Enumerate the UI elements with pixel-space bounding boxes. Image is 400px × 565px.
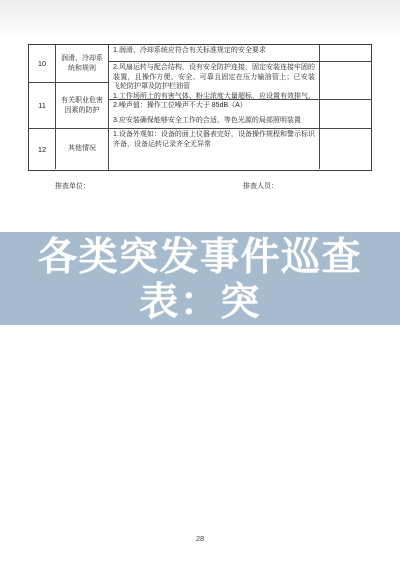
check-cell <box>319 100 371 128</box>
title-banner: 各类突发事件巡查表：突 发事件隐患排查自查报 <box>0 232 400 325</box>
check-cell <box>319 45 371 61</box>
page-number: 28 <box>0 534 400 543</box>
checklist-item: 2.噪声值：操作工位噪声不大于 85dB（A） <box>113 101 315 111</box>
row-category: 其他情况 <box>56 129 108 169</box>
check-cell <box>319 62 371 99</box>
checklist-item-group: 2.风扇运转与配合结构，设有安全防护连接，固定安装连接牢固的装置，且操作方便、安… <box>109 62 319 99</box>
checklist-item: 2.风扇运转与配合结构，设有安全防护连接，固定安装连接牢固的装置，且操作方便、安… <box>113 63 315 92</box>
banner-title-line1: 各类突发事件巡查表：突 <box>0 235 400 325</box>
table-left-columns: 10 润滑、冷却系统和规则 11 有关职业危害因素的防护 12 其他情况 <box>29 45 109 170</box>
inspection-staff-label: 排查人员： <box>243 181 278 191</box>
checklist-item-group: 2.噪声值：操作工位噪声不大于 85dB（A） 3.应安装确保能够安全工作的合适… <box>109 100 319 128</box>
table-subrow: 1.润滑、冷却系统应符合有关标准规定的安全要求 <box>109 45 371 62</box>
table-row: 10 润滑、冷却系统和规则 <box>29 45 108 83</box>
checklist-item: 1.设备外观如：设备的面上仪器表完好，设备操作规程和警示标识齐备，设备运转记录齐… <box>109 129 319 169</box>
check-cell <box>319 129 371 169</box>
inspection-table: 10 润滑、冷却系统和规则 11 有关职业危害因素的防护 12 其他情况 1.润… <box>28 44 372 171</box>
banner-title-line2: 发事件隐患排查自查报 <box>0 325 400 415</box>
row-number: 12 <box>29 129 56 169</box>
checklist-item: 1.工作场所上的有害气体、粉尘浓度大量超标，应设置有效排气、除尘或改善装置 <box>113 92 315 100</box>
checklist-item: 1.润滑、冷却系统应符合有关标准规定的安全要求 <box>109 45 319 61</box>
checklist-item: 3.应安装确保能够安全工作的合适、等色光源的局部照明装置 <box>113 116 315 126</box>
table-row: 11 有关职业危害因素的防护 <box>29 83 108 129</box>
row-number: 10 <box>29 45 56 82</box>
row-number: 11 <box>29 83 56 128</box>
inspection-unit-label: 排查单位： <box>55 181 90 191</box>
table-subrow: 2.风扇运转与配合结构，设有安全防护连接，固定安装连接牢固的装置，且操作方便、安… <box>109 62 371 100</box>
row-category: 有关职业危害因素的防护 <box>56 83 108 128</box>
signature-line: 排查单位： 排查人员： <box>0 181 400 193</box>
table-subrow: 2.噪声值：操作工位噪声不大于 85dB（A） 3.应安装确保能够安全工作的合适… <box>109 100 371 129</box>
table-row: 12 其他情况 <box>29 129 108 169</box>
row-category: 润滑、冷却系统和规则 <box>56 45 108 82</box>
table-right-columns: 1.润滑、冷却系统应符合有关标准规定的安全要求 2.风扇运转与配合结构，设有安全… <box>109 45 371 170</box>
page-top-shade <box>0 0 400 40</box>
document-page: 10 润滑、冷却系统和规则 11 有关职业危害因素的防护 12 其他情况 1.润… <box>0 0 400 565</box>
table-subrow: 1.设备外观如：设备的面上仪器表完好，设备操作规程和警示标识齐备，设备运转记录齐… <box>109 129 371 169</box>
